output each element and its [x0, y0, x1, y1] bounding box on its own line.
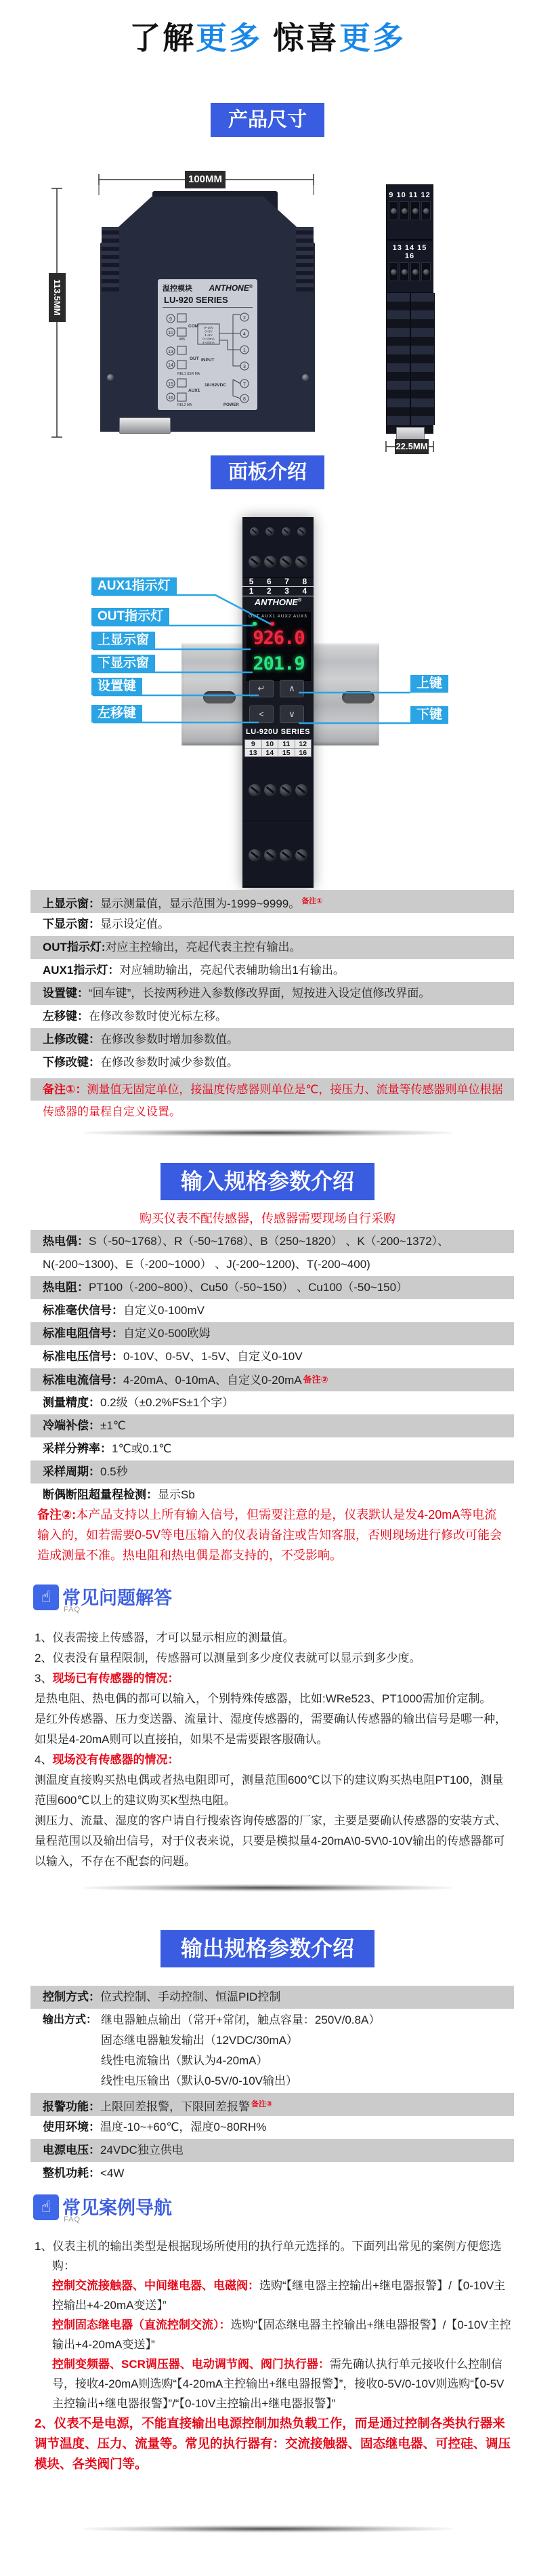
table-row: AUX1指示灯：对应辅助输出，亮起代表辅助输出1有输出。: [30, 959, 514, 982]
note-1: 备注①：测量值无固定单位，接温度传感器则单位是℃，接压力、流量等传感器则单位根据…: [30, 1078, 514, 1123]
output-mode-line: 线性电流输出（默认为4-20mA）: [101, 2051, 514, 2071]
case-screw-icon: [107, 374, 114, 381]
screw-icon: [264, 849, 276, 861]
terminal-number: 11: [278, 740, 295, 748]
aux1-led-icon: [270, 622, 274, 626]
faq-section-subtitle: FAQ: [64, 1606, 81, 1614]
table-row: 上显示窗：显示测量值，显示范围为-1999~9999。备注①: [30, 890, 514, 913]
svg-text:COM: COM: [188, 324, 198, 329]
wiring-diagram: 9 10 13 14 15 16 2 4 1 3 7 8 COM 485 OUT…: [163, 308, 253, 408]
table-row: 下修改键：在修改参数时减少参数值。: [30, 1051, 514, 1074]
brand-logo: ANTHONE®: [209, 283, 253, 293]
case-item: 1、仪表主机的输出类型是根据现场所使用的执行单元选择的。下面列出常见的案例方便您…: [35, 2236, 512, 2276]
note-ref-1: 备注①: [301, 897, 322, 905]
output-mode-line: 固态继电器触发输出（12VDC/30mA）: [101, 2030, 514, 2051]
title-seg-1: 了解: [129, 20, 196, 56]
terminal-screw-icon: [410, 262, 420, 281]
screw-icon: [295, 556, 307, 568]
terminal-number: 3: [284, 587, 289, 596]
note-2: 备注②:本产品支持以上所有输入信号，但需要注意的是，仪表默认是发4-20mA等电…: [37, 1505, 503, 1566]
table-row: 采样分辨率：1℃或0.1℃: [30, 1437, 514, 1460]
terminal-screw-icon: [421, 262, 431, 281]
terminal-screws: [387, 260, 433, 283]
set-key-button[interactable]: ↵: [249, 680, 274, 697]
table-row: 使用环境：温度-10~+60℃，湿度0~80RH%: [30, 2116, 514, 2139]
out-led-icon: [253, 622, 257, 626]
section-divider: [83, 1129, 452, 1137]
down-key-button[interactable]: ∨: [280, 706, 304, 723]
svg-text:0~10V: 0~10V: [204, 326, 214, 330]
rail-slot: [342, 691, 374, 703]
table-row: OUT指示灯:对应主控输出，亮起代表主控有输出。: [30, 936, 514, 959]
section-divider: [83, 1884, 452, 1892]
faq-item: 是热电阻、热电偶的都可以输入，个别特殊传感器，比如:WRe523、PT1000需…: [35, 1689, 510, 1709]
svg-text:4: 4: [243, 332, 246, 337]
terminal-screw-icon: [410, 201, 420, 220]
module-label-plate: 温控模块 ANTHONE® LU-920 SERIES: [158, 279, 257, 410]
output-badge-wrap: 输出规格参数介绍: [0, 1930, 535, 1967]
svg-text:16: 16: [168, 396, 173, 401]
table-row: 标准毫伏信号：自定义0-100mV: [30, 1299, 514, 1322]
callout-up-key: 上键: [410, 675, 448, 693]
faq-item: 测压力、流量、湿度的客户请自行搜索咨询传感器的厂家，主要是要确认传感器的安装方式…: [35, 1811, 510, 1872]
table-row: 左移键：在修改参数时使光标左移。: [30, 1005, 514, 1028]
display-window: OUT AUX1 AUX2 AUX3 926.0 201.9: [247, 612, 311, 681]
callout-out-led: OUT指示灯: [91, 608, 169, 626]
terminal-number: 1: [249, 587, 254, 596]
table-row: 采样周期：0.5秒: [30, 1460, 514, 1484]
svg-text:0~10mA: 0~10mA: [202, 338, 215, 342]
faq-item: 2、仪表没有量程限制，传感器可以测量到多少度仪表就可以显示到多少度。: [35, 1648, 510, 1669]
terminal-number: 4: [303, 587, 307, 596]
output-mode-line: 线性电压输出（默认0-5V/0-10V输出）: [101, 2071, 514, 2091]
faq-list: 1、仪表需接上传感器，才可以显示相应的测量值。 2、仪表没有量程限制，传感器可以…: [35, 1628, 510, 1872]
output-specs-table: 控制方式：位式控制、手动控制、恒温PID控制 输出方式： 继电器触点输出（常开+…: [30, 1986, 514, 2185]
svg-text:POWER: POWER: [223, 403, 239, 407]
svg-text:8: 8: [243, 397, 246, 402]
plate-header: 温控模块 ANTHONE®: [163, 283, 253, 293]
terminal-number: 14: [262, 749, 279, 757]
table-row: 下显示窗：显示设定值。: [30, 913, 514, 936]
faq-item: 1、仪表需接上传感器，才可以显示相应的测量值。: [35, 1628, 510, 1648]
svg-text:10: 10: [168, 331, 173, 335]
faq-item: 测温度直接购买热电偶或者热电阻即可，测量范围600℃以下的建议购买热电阻PT10…: [35, 1770, 510, 1811]
registered-mark: ®: [249, 285, 253, 289]
height-dimension-label: 113.5MM: [49, 273, 66, 322]
terminal-number: 16: [295, 749, 312, 757]
screw-icon: [295, 784, 307, 796]
terminal-number: 7: [284, 577, 289, 586]
series-label: LU-920 SERIES: [163, 293, 253, 308]
terminal-numbers-top: 9 10 11 12: [387, 191, 433, 199]
side-vented-body: [386, 293, 435, 425]
panel-badge-wrap: 面板介绍: [0, 455, 535, 489]
screw-icon: [280, 784, 292, 796]
terminal-numbers-bottom: 13 14 15 16: [387, 244, 433, 260]
right-vent-wing: [296, 227, 314, 291]
terminal-screws: [387, 199, 433, 222]
svg-text:AUX1: AUX1: [188, 388, 200, 393]
table-row: 标准电阻信号：自定义0-500欧姆: [30, 1322, 514, 1345]
terminal-screw-icon: [421, 201, 431, 220]
screw-icon: [249, 556, 261, 568]
table-row: 控制方式：位式控制、手动控制、恒温PID控制: [30, 1986, 514, 2009]
svg-text:1: 1: [243, 348, 246, 353]
svg-text:3: 3: [243, 365, 246, 369]
terminal-number: 15: [278, 749, 295, 757]
panel-description-table: 上显示窗：显示测量值，显示范围为-1999~9999。备注① 下显示窗：显示设定…: [30, 890, 514, 1123]
side-terminal-block-bottom: 13 14 15 16: [386, 240, 433, 293]
terminal-screw-icon: [389, 201, 398, 220]
controller-device: 5678 1234 ANTHONE® OUT AUX1 AUX2 AUX3 92…: [242, 517, 314, 888]
indicator-labels: OUT AUX1 AUX2 AUX3: [249, 614, 309, 619]
svg-text:REL2 MA: REL2 MA: [177, 403, 192, 407]
product-detail-page: 了解更多 惊喜更多 产品尺寸: [0, 0, 535, 2576]
dims-badge-wrap: 产品尺寸: [0, 103, 535, 137]
screw-icon: [280, 556, 292, 568]
table-row: 设置键：“回车键”，长按两秒进入参数修改界面，短按进入设定值修改界面。: [30, 982, 514, 1005]
input-specs-table: 热电偶：S（-50~1768）、R（-50~1768）、B（250~1820） …: [30, 1230, 514, 1507]
table-row: 标准电压信号：0-10V、0-5V、1-5V、自定义0-10V: [30, 1345, 514, 1368]
callout-upper-display: 上显示窗: [91, 632, 155, 649]
terminal-screw-icon: [389, 262, 398, 281]
svg-text:15: 15: [168, 382, 173, 387]
section-divider: [83, 2525, 452, 2533]
left-vent-wing: [102, 227, 119, 291]
module-type-label: 温控模块: [163, 283, 192, 293]
svg-text:4~20mA: 4~20mA: [202, 341, 215, 345]
bottom-terminal-block-2: [242, 823, 314, 887]
table-row: 测量精度：0.2级（±0.2%FS±1个字）: [30, 1391, 514, 1414]
callout-lower-display: 下显示窗: [91, 655, 155, 672]
side-terminal-block-top: 9 10 11 12: [386, 184, 433, 240]
svg-text:INPUT: INPUT: [201, 358, 215, 363]
title-seg-4: 更多: [339, 20, 406, 56]
faq-item: 3、现场已有传感器的情况：: [35, 1669, 510, 1689]
hand-pointer-icon: ☝: [33, 2194, 59, 2220]
case-item: 2、仪表不是电源，不能直接输出电源控制加热负载工作，而是通过控制各类执行器来调节…: [35, 2413, 512, 2474]
table-row: 标准电流信号：4-20mA、0-10mA、自定义0-20mA备注②: [30, 1368, 514, 1391]
input-notice: 购买仪表不配传感器，传感器需要现场自行采购: [0, 1209, 535, 1227]
panel-badge: 面板介绍: [211, 455, 324, 489]
terminal-number: 13: [245, 749, 262, 757]
svg-text:13: 13: [168, 350, 173, 354]
svg-text:OUT: OUT: [190, 356, 199, 361]
callout-set-key: 设置键: [91, 678, 142, 695]
screw-icon: [250, 527, 259, 536]
terminal-number: 10: [262, 740, 279, 748]
callout-down-key: 下键: [410, 706, 448, 724]
top-terminal-block-2: [242, 546, 314, 578]
terminal-screw-icon: [400, 262, 409, 281]
output-specs-badge: 输出规格参数介绍: [160, 1930, 374, 1967]
svg-text:18=52VDC: 18=52VDC: [205, 383, 226, 388]
table-row: 电源电压：24VDC独立供电: [30, 2139, 514, 2162]
svg-text:REL1 SSR MA: REL1 SSR MA: [177, 372, 200, 376]
svg-text:0~5V: 0~5V: [205, 330, 213, 334]
terminal-screw-icon: [400, 201, 409, 220]
svg-text:485: 485: [179, 338, 185, 342]
dims-badge: 产品尺寸: [211, 103, 324, 137]
screw-icon: [265, 527, 274, 536]
table-row: 断偶断阻超量程检测：显示Sb: [30, 1484, 514, 1507]
cases-list: 1、仪表主机的输出类型是根据现场所使用的执行单元选择的。下面列出常见的案例方便您…: [35, 2236, 512, 2474]
screw-icon: [297, 527, 306, 536]
terminal-number: 2: [267, 587, 272, 596]
note-ref-3: 备注③: [251, 2100, 272, 2108]
screw-icon: [295, 849, 307, 861]
note-ref-2: 备注②: [303, 1374, 328, 1385]
terminal-number: 6: [267, 577, 272, 586]
table-row: 输出方式： 继电器触点输出（常开+常闭，触点容量：250V/0.8A） 固态继电…: [30, 2009, 514, 2093]
panel-figure: 5678 1234 ANTHONE® OUT AUX1 AUX2 AUX3 92…: [0, 505, 535, 890]
screw-icon: [280, 849, 292, 861]
output-mode-line: 继电器触点输出（常开+常闭，触点容量：250V/0.8A）: [101, 2010, 514, 2030]
page-title: 了解更多 惊喜更多: [0, 14, 535, 58]
width-dimension-label: 100MM: [185, 171, 226, 188]
case-item: 控制交流接触器、中间继电器、电磁阀：选购“【继电器主控输出+继电器报警】/【0-…: [35, 2276, 512, 2315]
table-row: 上修改键：在修改参数时增加参数值。: [30, 1028, 514, 1051]
upper-display-value: 926.0: [247, 628, 310, 649]
case-item: 控制固态继电器（直流控制交流）：选购“【固态继电器主控输出+继电器报警】/【0-…: [35, 2315, 512, 2354]
table-row: 热电阻：PT100（-200~800）、Cu50（-50~150） 、Cu100…: [30, 1276, 514, 1299]
svg-text:2: 2: [243, 316, 246, 321]
case-item: 控制变频器、SCR调压器、电动调节阀、阀门执行器：需先确认执行单元接收什么控制信…: [35, 2354, 512, 2413]
callout-aux1-led: AUX1指示灯: [91, 577, 177, 595]
svg-text:14: 14: [168, 363, 173, 368]
screw-icon: [249, 784, 261, 796]
depth-dimension-label: 22.5MM: [395, 439, 429, 454]
svg-text:9: 9: [169, 317, 172, 322]
table-row: 整机功耗：<4W: [30, 2162, 514, 2185]
lower-display-value: 201.9: [247, 653, 310, 674]
screw-icon: [282, 527, 291, 536]
svg-text:7: 7: [243, 382, 246, 387]
terminal-number: 8: [303, 577, 307, 586]
rail-slot: [203, 691, 236, 703]
table-row: 报警功能：上限回差报警，下限回差报警备注③: [30, 2093, 514, 2116]
svg-text:1~5V: 1~5V: [205, 333, 213, 338]
terminal-number: 9: [245, 740, 262, 748]
din-clip: [119, 417, 171, 434]
dimensions-figure: 温控模块 ANTHONE® LU-920 SERIES: [0, 156, 535, 505]
table-row: 冷端补偿：±1℃: [30, 1414, 514, 1437]
input-specs-badge: 输入规格参数介绍: [160, 1163, 374, 1200]
title-seg-2: 更多: [196, 20, 262, 56]
bottom-terminal-block-1: [242, 759, 314, 821]
faq-item: 是红外传感器、压力变送器、流量计、湿度传感器的，需要确认传感器的输出信号是哪一种…: [35, 1709, 510, 1750]
terminal-number: 5: [249, 577, 254, 586]
faq-item: 4、现场没有传感器的情况：: [35, 1750, 510, 1770]
screw-icon: [264, 556, 276, 568]
front-terminal-numbers: 5678 1234: [242, 577, 314, 595]
screw-icon: [264, 784, 276, 796]
device-brand: ANTHONE®: [242, 597, 314, 607]
input-badge-wrap: 输入规格参数介绍: [0, 1163, 535, 1200]
title-seg-3: 惊喜: [262, 20, 339, 56]
terminal-number: 12: [295, 740, 312, 748]
case-screw-icon: [302, 374, 309, 381]
table-row: 热电偶：S（-50~1768）、R（-50~1768）、B（250~1820） …: [30, 1230, 514, 1276]
rear-terminal-numbers: 9101112 13141516: [244, 739, 312, 757]
top-terminal-block-1: [242, 517, 314, 546]
screw-icon: [249, 849, 261, 861]
callout-shift-key: 左移键: [91, 705, 142, 722]
shift-left-key-button[interactable]: <: [249, 706, 274, 723]
cases-section-subtitle: FAQ: [64, 2215, 81, 2224]
module-side-view: 9 10 11 12 13 14 15 16: [386, 184, 433, 434]
up-key-button[interactable]: ∧: [280, 680, 304, 697]
hand-pointer-icon: ☝: [33, 1585, 59, 1610]
device-series-label: LU-920U SERIES: [242, 728, 314, 736]
